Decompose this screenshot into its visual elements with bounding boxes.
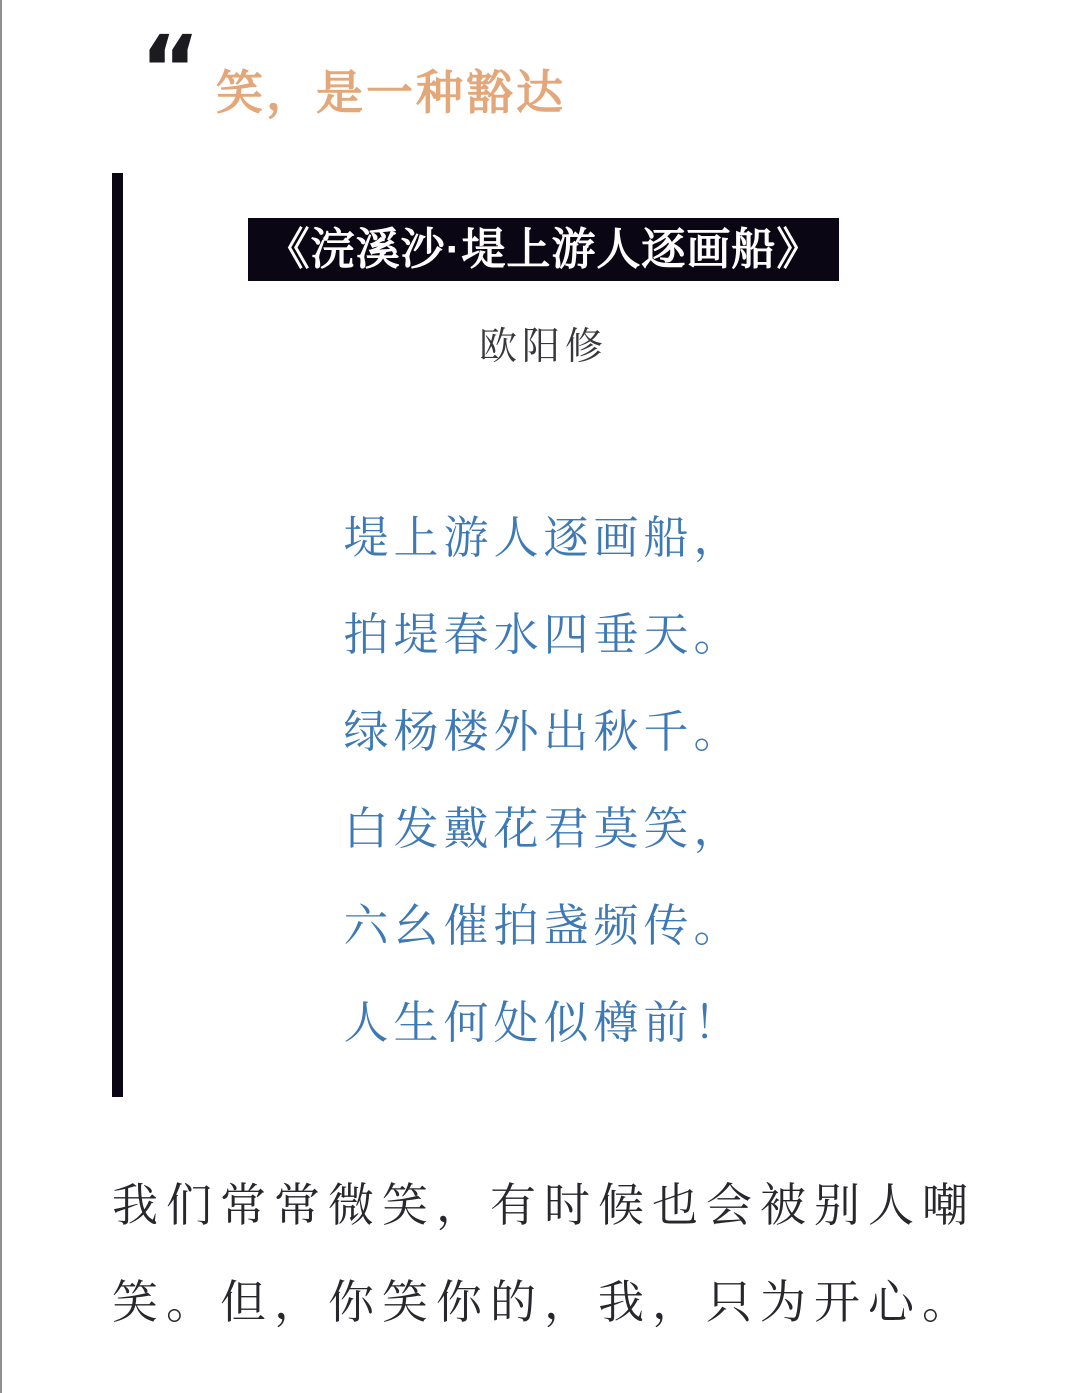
poem-line: 白发戴花君莫笑， [123, 780, 964, 877]
poem-body: 堤上游人逐画船， 拍堤春水四垂天。 绿杨楼外出秋千。 白发戴花君莫笑， 六幺催拍… [123, 489, 964, 1071]
poem-line: 拍堤春水四垂天。 [123, 586, 964, 683]
poem-line: 六幺催拍盏频传。 [123, 877, 964, 974]
poem-blockquote: 《浣溪沙·堤上游人逐画船》 欧阳修 堤上游人逐画船， 拍堤春水四垂天。 绿杨楼外… [112, 173, 964, 1097]
commentary-paragraph: 我们常常微笑，有时候也会被别人嘲 笑。但，你笑你的，我，只为开心。 [112, 1157, 997, 1351]
article-page: “ 笑，是一种豁达 《浣溪沙·堤上游人逐画船》 欧阳修 堤上游人逐画船， 拍堤春… [0, 0, 1079, 1393]
poem-line: 人生何处似樽前！ [123, 974, 964, 1071]
poem-title: 《浣溪沙·堤上游人逐画船》 [248, 218, 840, 281]
poem-line: 堤上游人逐画船， [123, 489, 964, 586]
opening-quote-icon: “ [140, 24, 196, 116]
section-heading: 笑，是一种豁达 [216, 56, 566, 123]
poem-line: 绿杨楼外出秋千。 [123, 683, 964, 780]
poem-author: 欧阳修 [123, 328, 964, 366]
